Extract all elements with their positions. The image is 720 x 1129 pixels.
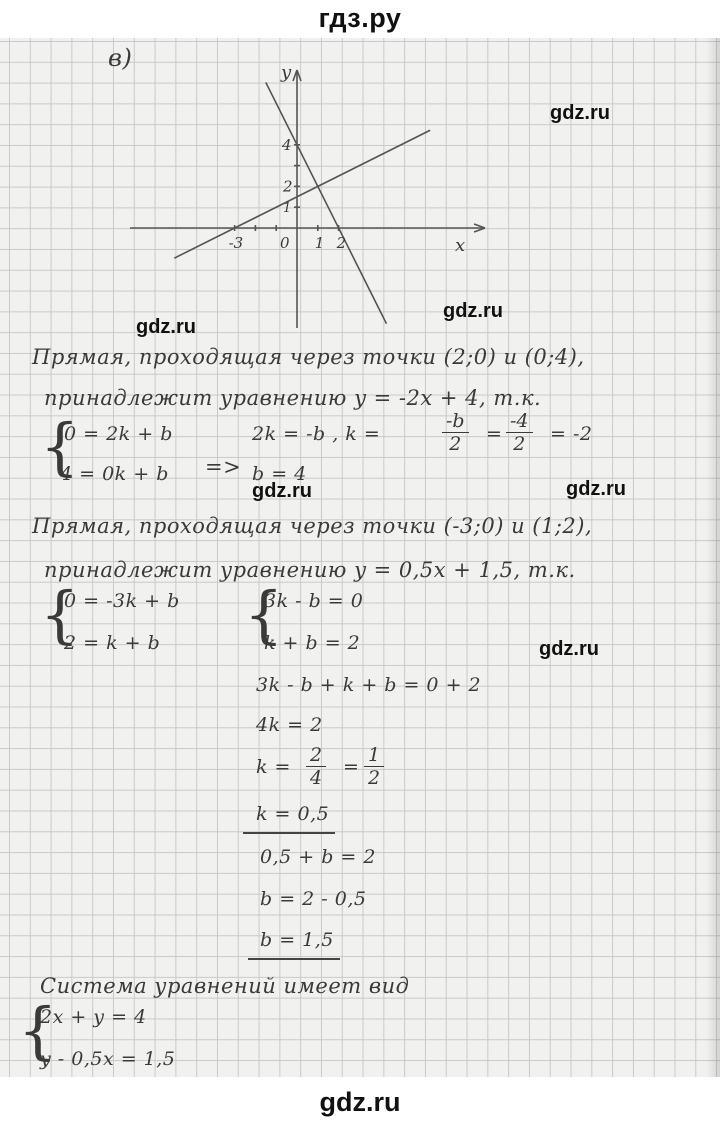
implies-arrow: => — [205, 455, 241, 479]
part1-system-eq1: 0 = 2k + b — [64, 423, 173, 445]
part2-statement-line2: принадлежит уравнению y = 0,5x + 1,5, т.… — [44, 558, 576, 582]
fraction-minus-b-over-2: -b 2 — [442, 410, 469, 455]
x-tick-label: -3 — [229, 234, 244, 252]
conclusion-system-eq1: 2x + y = 4 — [40, 1006, 147, 1028]
site-footer: gdz.ru — [0, 1077, 720, 1129]
origin-label: 0 — [280, 234, 290, 252]
part2-k-result: k = 0,5 — [256, 803, 329, 825]
conclusion-system-eq2: y - 0,5x = 1,5 — [40, 1048, 175, 1070]
part2-step-sum: 3k - b + k + b = 0 + 2 — [256, 674, 481, 696]
part2-system-left-eq2: 2 = k + b — [64, 632, 160, 654]
part2-k-frac-prefix: k = — [256, 756, 291, 778]
watermark: gdz.ru — [136, 316, 196, 339]
part2-step-4k: 4k = 2 — [256, 714, 323, 736]
part2-system-right-eq1: 3k - b = 0 — [264, 590, 363, 612]
fraction-2-over-4: 2 4 — [306, 744, 326, 789]
part2-b-step1: 0,5 + b = 2 — [260, 846, 376, 868]
y-tick-label: 1 — [283, 201, 291, 216]
site-title: гдз.ру — [319, 3, 402, 33]
watermark: gdz.ru — [566, 478, 626, 501]
site-header: гдз.ру — [0, 0, 720, 38]
coordinate-graph: yx0-312421 — [0, 38, 720, 348]
fraction-minus-4-over-2: -4 2 — [506, 410, 533, 455]
divider-line — [248, 958, 340, 960]
watermark: gdz.ru — [443, 300, 503, 323]
y-tick-label: 2 — [282, 177, 293, 195]
part2-b-result: b = 1,5 — [260, 929, 334, 951]
part2-system-left-eq1: 0 = -3k + b — [64, 590, 180, 612]
y-axis-label: y — [280, 62, 292, 83]
equals-sign: = — [486, 423, 502, 445]
part1-k-result: = -2 — [550, 423, 592, 445]
part1-system-eq2: 4 = 0k + b — [60, 463, 169, 485]
x-tick-label: 2 — [336, 234, 347, 252]
part2-b-step2: b = 2 - 0,5 — [260, 888, 366, 910]
watermark: gdz.ru — [550, 102, 610, 125]
part1-statement-line1: Прямая, проходящая через точки (2;0) и (… — [32, 345, 585, 369]
equals-sign: = — [343, 756, 359, 778]
watermark: gdz.ru — [539, 638, 599, 661]
divider-line — [243, 832, 335, 834]
graph-line — [174, 130, 430, 258]
conclusion-text: Система уравнений имеет вид — [40, 974, 409, 998]
part2-system-right-eq2: k + b = 2 — [264, 632, 360, 654]
x-axis-label: x — [455, 235, 465, 256]
graph-paper-page: в) yx0-312421 gdz.ru gdz.ru gdz.ru Пряма… — [0, 38, 720, 1077]
part1-step1: 2k = -b , k = — [252, 423, 380, 445]
part1-statement-line2: принадлежит уравнению y = -2x + 4, т.к. — [44, 386, 541, 410]
y-tick-label: 4 — [281, 136, 292, 154]
watermark: gdz.ru — [252, 480, 312, 503]
fraction-1-over-2: 1 2 — [364, 744, 384, 789]
x-tick-label: 1 — [315, 234, 325, 252]
site-footer-title: gdz.ru — [320, 1087, 401, 1117]
part2-statement-line1: Прямая, проходящая через точки (-3;0) и … — [32, 514, 592, 538]
